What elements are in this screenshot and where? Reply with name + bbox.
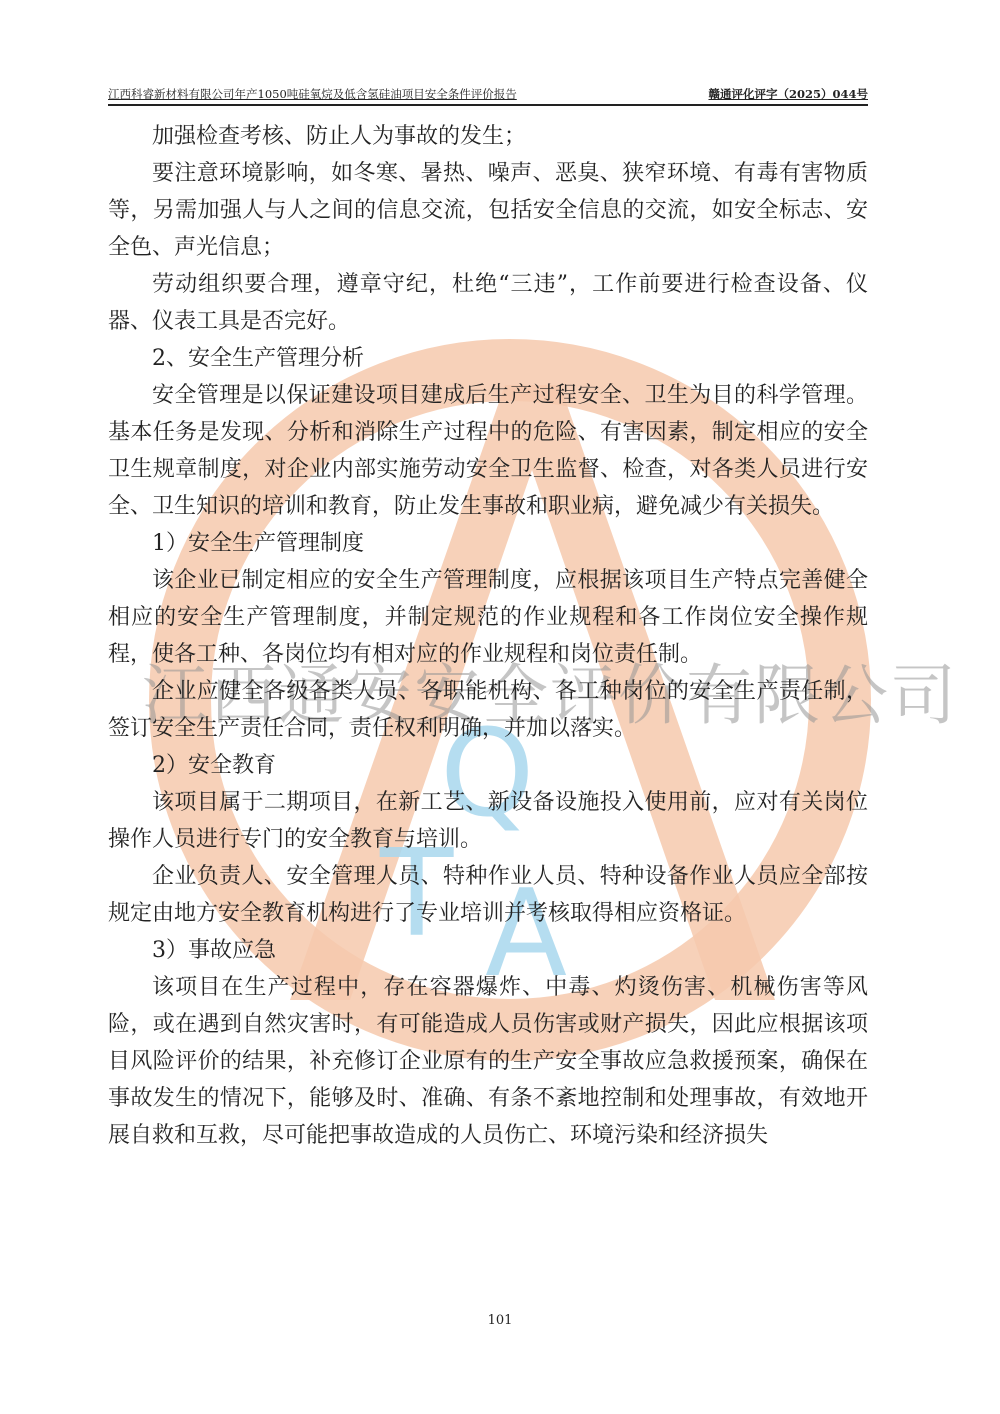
subsection-heading: 3）事故应急: [108, 932, 868, 969]
page-header: 江西科睿新材料有限公司年产1050吨硅氧烷及低含氢硅油项目安全条件评价报告 赣通…: [108, 84, 868, 106]
page-number: 101: [0, 1313, 1000, 1328]
subsection-heading: 1）安全生产管理制度: [108, 525, 868, 562]
paragraph: 该项目属于二期项目，在新工艺、新设备设施投入使用前，应对有关岗位操作人员进行专门…: [108, 784, 868, 858]
section-heading: 2、安全生产管理分析: [108, 340, 868, 377]
paragraph: 企业应健全各级各类人员、各职能机构、各工种岗位的安全生产责任制，签订安全生产责任…: [108, 673, 868, 747]
paragraph: 该企业已制定相应的安全生产管理制度，应根据该项目生产特点完善健全相应的安全生产管…: [108, 562, 868, 673]
paragraph: 企业负责人、安全管理人员、特种作业人员、特种设备作业人员应全部按规定由地方安全教…: [108, 858, 868, 932]
report-number: 赣通评化评字（2025）044号: [708, 86, 868, 102]
paragraph: 要注意环境影响，如冬寒、暑热、噪声、恶臭、狭窄环境、有毒有害物质等，另需加强人与…: [108, 155, 868, 266]
subsection-heading: 2）安全教育: [108, 747, 868, 784]
report-title: 江西科睿新材料有限公司年产1050吨硅氧烷及低含氢硅油项目安全条件评价报告: [108, 86, 517, 102]
paragraph: 加强检查考核、防止人为事故的发生；: [108, 118, 868, 155]
document-body: 加强检查考核、防止人为事故的发生； 要注意环境影响，如冬寒、暑热、噪声、恶臭、狭…: [108, 118, 868, 1154]
paragraph: 劳动组织要合理，遵章守纪，杜绝“三违”，工作前要进行检查设备、仪器、仪表工具是否…: [108, 266, 868, 340]
paragraph: 安全管理是以保证建设项目建成后生产过程安全、卫生为目的科学管理。基本任务是发现、…: [108, 377, 868, 525]
paragraph: 该项目在生产过程中，存在容器爆炸、中毒、灼烫伤害、机械伤害等风险，或在遇到自然灾…: [108, 969, 868, 1154]
